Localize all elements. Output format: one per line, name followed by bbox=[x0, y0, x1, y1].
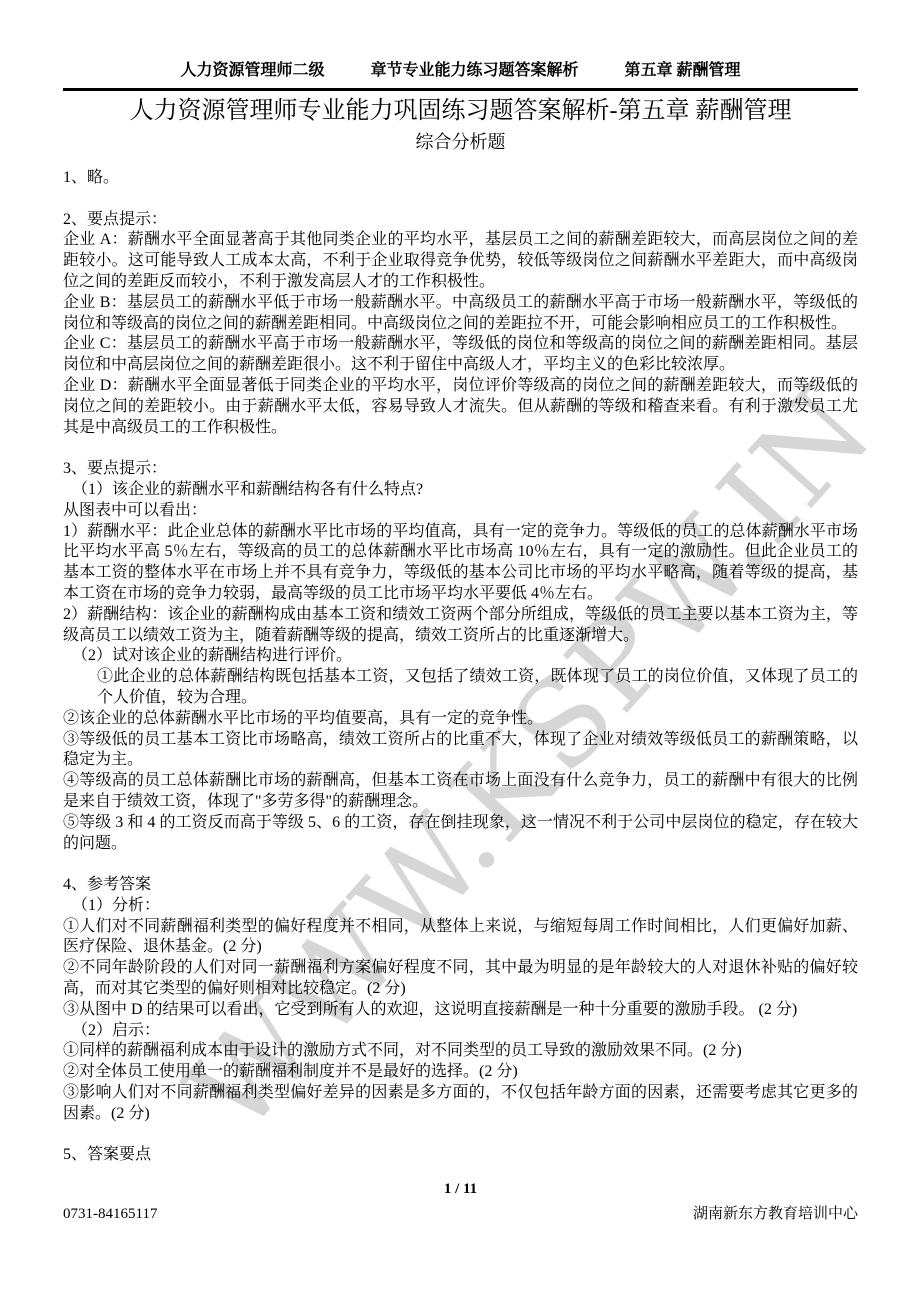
header-doc-type: 章节专业能力练习题答案解析 bbox=[370, 60, 578, 82]
paragraph: 企业 C：基层员工的薪酬水平高于市场一般薪酬水平，等级低的岗位和等级高的岗位之间… bbox=[63, 334, 858, 376]
paragraph: ①此企业的总体薪酬结构既包括基本工资，又包括了绩效工资，既体现了员工的岗位价值，… bbox=[97, 667, 858, 709]
paragraph: 3、要点提示： bbox=[63, 459, 858, 480]
paragraph: ②不同年龄阶段的人们对同一薪酬福利方案偏好程度不同，其中最为明显的是年龄较大的人… bbox=[63, 958, 858, 1000]
paragraph: （1）分析： bbox=[63, 896, 858, 917]
paragraph: ②对全体员工使用单一的薪酬福利制度并不是最好的选择。(2 分) bbox=[63, 1062, 858, 1083]
paragraph: 2、要点提示： bbox=[63, 210, 858, 231]
paragraph: ②该企业的总体薪酬水平比市场的平均值要高，具有一定的竞争性。 bbox=[63, 709, 858, 730]
page-header: 人力资源管理师二级 章节专业能力练习题答案解析 第五章 薪酬管理 bbox=[63, 60, 858, 82]
paragraph: 从图表中可以看出： bbox=[63, 501, 858, 522]
paragraph: ③从图中 D 的结果可以看出，它受到所有人的欢迎，这说明直接薪酬是一种十分重要的… bbox=[63, 1000, 858, 1021]
paragraph: ④等级高的员工总体薪酬比市场的薪酬高，但基本工资在市场上面没有什么竞争力，员工的… bbox=[63, 771, 858, 813]
header-course-level: 人力资源管理师二级 bbox=[180, 60, 324, 82]
page-title: 人力资源管理师专业能力巩固练习题答案解析-第五章 薪酬管理 bbox=[63, 95, 858, 127]
paragraph: 1、略。 bbox=[63, 168, 858, 189]
paragraph: （2）启示： bbox=[63, 1021, 858, 1042]
paragraph: ③影响人们对不同薪酬福利类型偏好差异的因素是多方面的，不仅包括年龄方面的因素，还… bbox=[63, 1083, 858, 1125]
footer-phone: 0731-84165117 bbox=[63, 1206, 157, 1223]
footer-organization: 湖南新东方教育培训中心 bbox=[693, 1202, 858, 1223]
page-footer: 1 / 11 0731-84165117 湖南新东方教育培训中心 bbox=[63, 1180, 858, 1223]
page-subtitle: 综合分析题 bbox=[63, 130, 858, 154]
paragraph: 1）薪酬水平：此企业总体的薪酬水平比市场的平均值高，具有一定的竞争力。等级低的员… bbox=[63, 522, 858, 605]
header-rule bbox=[63, 88, 858, 91]
footer-row: 0731-84165117 湖南新东方教育培训中心 bbox=[63, 1202, 858, 1223]
paragraph: ①人们对不同薪酬福利类型的偏好程度并不相同，从整体上来说，与缩短每周工作时间相比… bbox=[63, 917, 858, 959]
paragraph: 2）薪酬结构：该企业的薪酬构成由基本工资和绩效工资两个部分所组成，等级低的员工主… bbox=[63, 605, 858, 647]
paragraph: 5、答案要点 bbox=[63, 1145, 858, 1166]
paragraph: 企业 A：薪酬水平全面显著高于其他同类企业的平均水平，基层员工之间的薪酬差距较大… bbox=[63, 230, 858, 292]
paragraph: （2）试对该企业的薪酬结构进行评价。 bbox=[63, 646, 858, 667]
body-text: 1、略。 2、要点提示： 企业 A：薪酬水平全面显著高于其他同类企业的平均水平，… bbox=[63, 168, 858, 1166]
document-page: WWW.KSPW.IN 人力资源管理师二级 章节专业能力练习题答案解析 第五章 … bbox=[0, 0, 920, 1302]
paragraph: 企业 D：薪酬水平全面显著低于同类企业的平均水平，岗位评价等级高的岗位之间的薪酬… bbox=[63, 376, 858, 438]
header-chapter: 第五章 薪酬管理 bbox=[625, 60, 741, 82]
paragraph: （1）该企业的薪酬水平和薪酬结构各有什么特点? bbox=[63, 480, 858, 501]
paragraph: ③等级低的员工基本工资比市场略高，绩效工资所占的比重不大，体现了企业对绩效等级低… bbox=[63, 730, 858, 772]
paragraph: ①同样的薪酬福利成本由于设计的激励方式不同，对不同类型的员工导致的激励效果不同。… bbox=[63, 1041, 858, 1062]
page-content: 人力资源管理师二级 章节专业能力练习题答案解析 第五章 薪酬管理 人力资源管理师… bbox=[63, 60, 858, 1166]
paragraph: ⑤等级 3 和 4 的工资反而高于等级 5、6 的工资，存在倒挂现象，这一情况不… bbox=[63, 813, 858, 855]
paragraph: 企业 B：基层员工的薪酬水平低于市场一般薪酬水平。中高级员工的薪酬水平高于市场一… bbox=[63, 293, 858, 335]
page-number: 1 / 11 bbox=[63, 1180, 858, 1198]
paragraph: 4、参考答案 bbox=[63, 875, 858, 896]
